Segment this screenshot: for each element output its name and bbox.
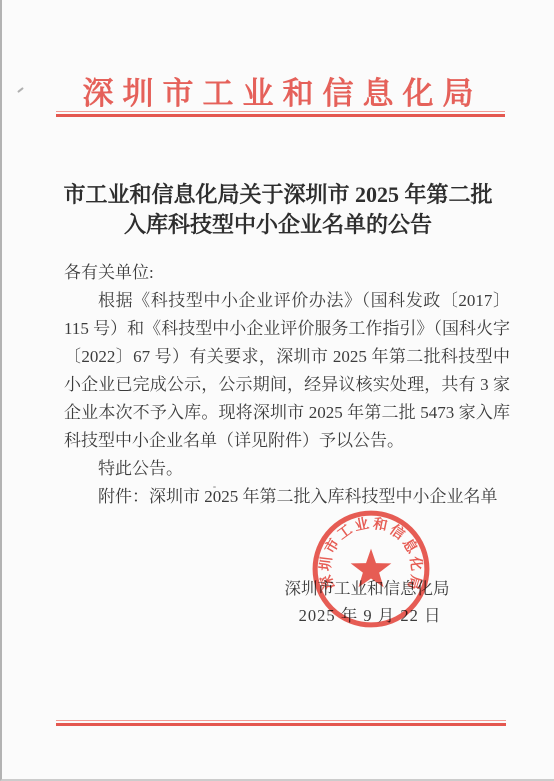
letterhead-agency-name: 深圳市工业和信息化局 (2, 68, 554, 113)
seal-star (351, 549, 392, 588)
document-page: 深圳市工业和信息化局 市工业和信息化局关于深圳市 2025 年第二批 入库科技型… (0, 0, 554, 781)
letterhead-rule (56, 114, 505, 117)
body-paragraph: 根据《科技型中小企业评价办法》（国科发政〔2017〕115 号）和《科技型中小企… (64, 287, 510, 455)
footer-rule-thin (56, 720, 506, 721)
official-seal: 深圳市工业和信息化局 (308, 506, 434, 632)
footer-rule (56, 723, 506, 726)
title-line-1: 市工业和信息化局关于深圳市 2025 年第二批 (63, 182, 492, 207)
title-line-2: 入库科技型中小企业名单的公告 (124, 212, 432, 237)
document-title: 市工业和信息化局关于深圳市 2025 年第二批 入库科技型中小企业名单的公告 (32, 180, 524, 240)
attachment-line: 附件：深圳市 2025 年第二批入库科技型中小企业名单 (64, 483, 510, 511)
salutation: 各有关单位: (64, 259, 510, 287)
letterhead-rule-thin (56, 111, 505, 112)
document-body: 各有关单位: 根据《科技型中小企业评价办法》（国科发政〔2017〕115 号）和… (64, 259, 510, 511)
closing-line: 特此公告。 (64, 455, 510, 483)
